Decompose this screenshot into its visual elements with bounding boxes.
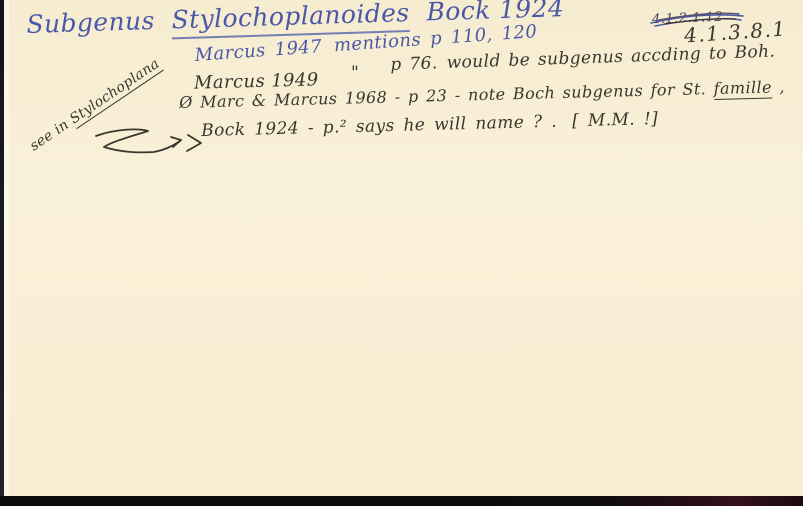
entry-suffix: , <box>772 77 785 96</box>
index-card-scan: Subgenus Stylochoplanoides Bock 1924 4.1… <box>0 0 803 506</box>
ink-annotations-overlay <box>0 0 803 506</box>
ditto-mark: " <box>351 63 359 83</box>
margin-note-prefix: see in <box>27 114 76 154</box>
card-edge-highlight <box>4 0 9 497</box>
title-authority: Bock 1924 <box>426 0 565 26</box>
entry-citation: Marcus 1947 <box>194 36 323 66</box>
entry-bock-1924: Bock 1924 - p.² says he will name ? . [ … <box>201 109 658 141</box>
underlined-famille: famille <box>713 77 772 100</box>
page-ref: p 76. <box>390 53 438 75</box>
scan-bottom-band <box>0 496 803 506</box>
title-rank: Subgenus <box>26 6 155 39</box>
margin-note: see in Stylochoplana <box>27 56 162 155</box>
chevron-mark-icon <box>187 135 201 151</box>
entry-note: would be subgenus accding to Boh. <box>446 42 775 73</box>
entry-statement: Bock 1924 - p.² says he will name ? . <box>201 112 557 141</box>
margin-note-taxon: Stylochoplana <box>67 56 164 129</box>
bracket-note: [ M.M. !] <box>572 109 659 131</box>
zigzag-arrow-icon <box>96 129 201 152</box>
